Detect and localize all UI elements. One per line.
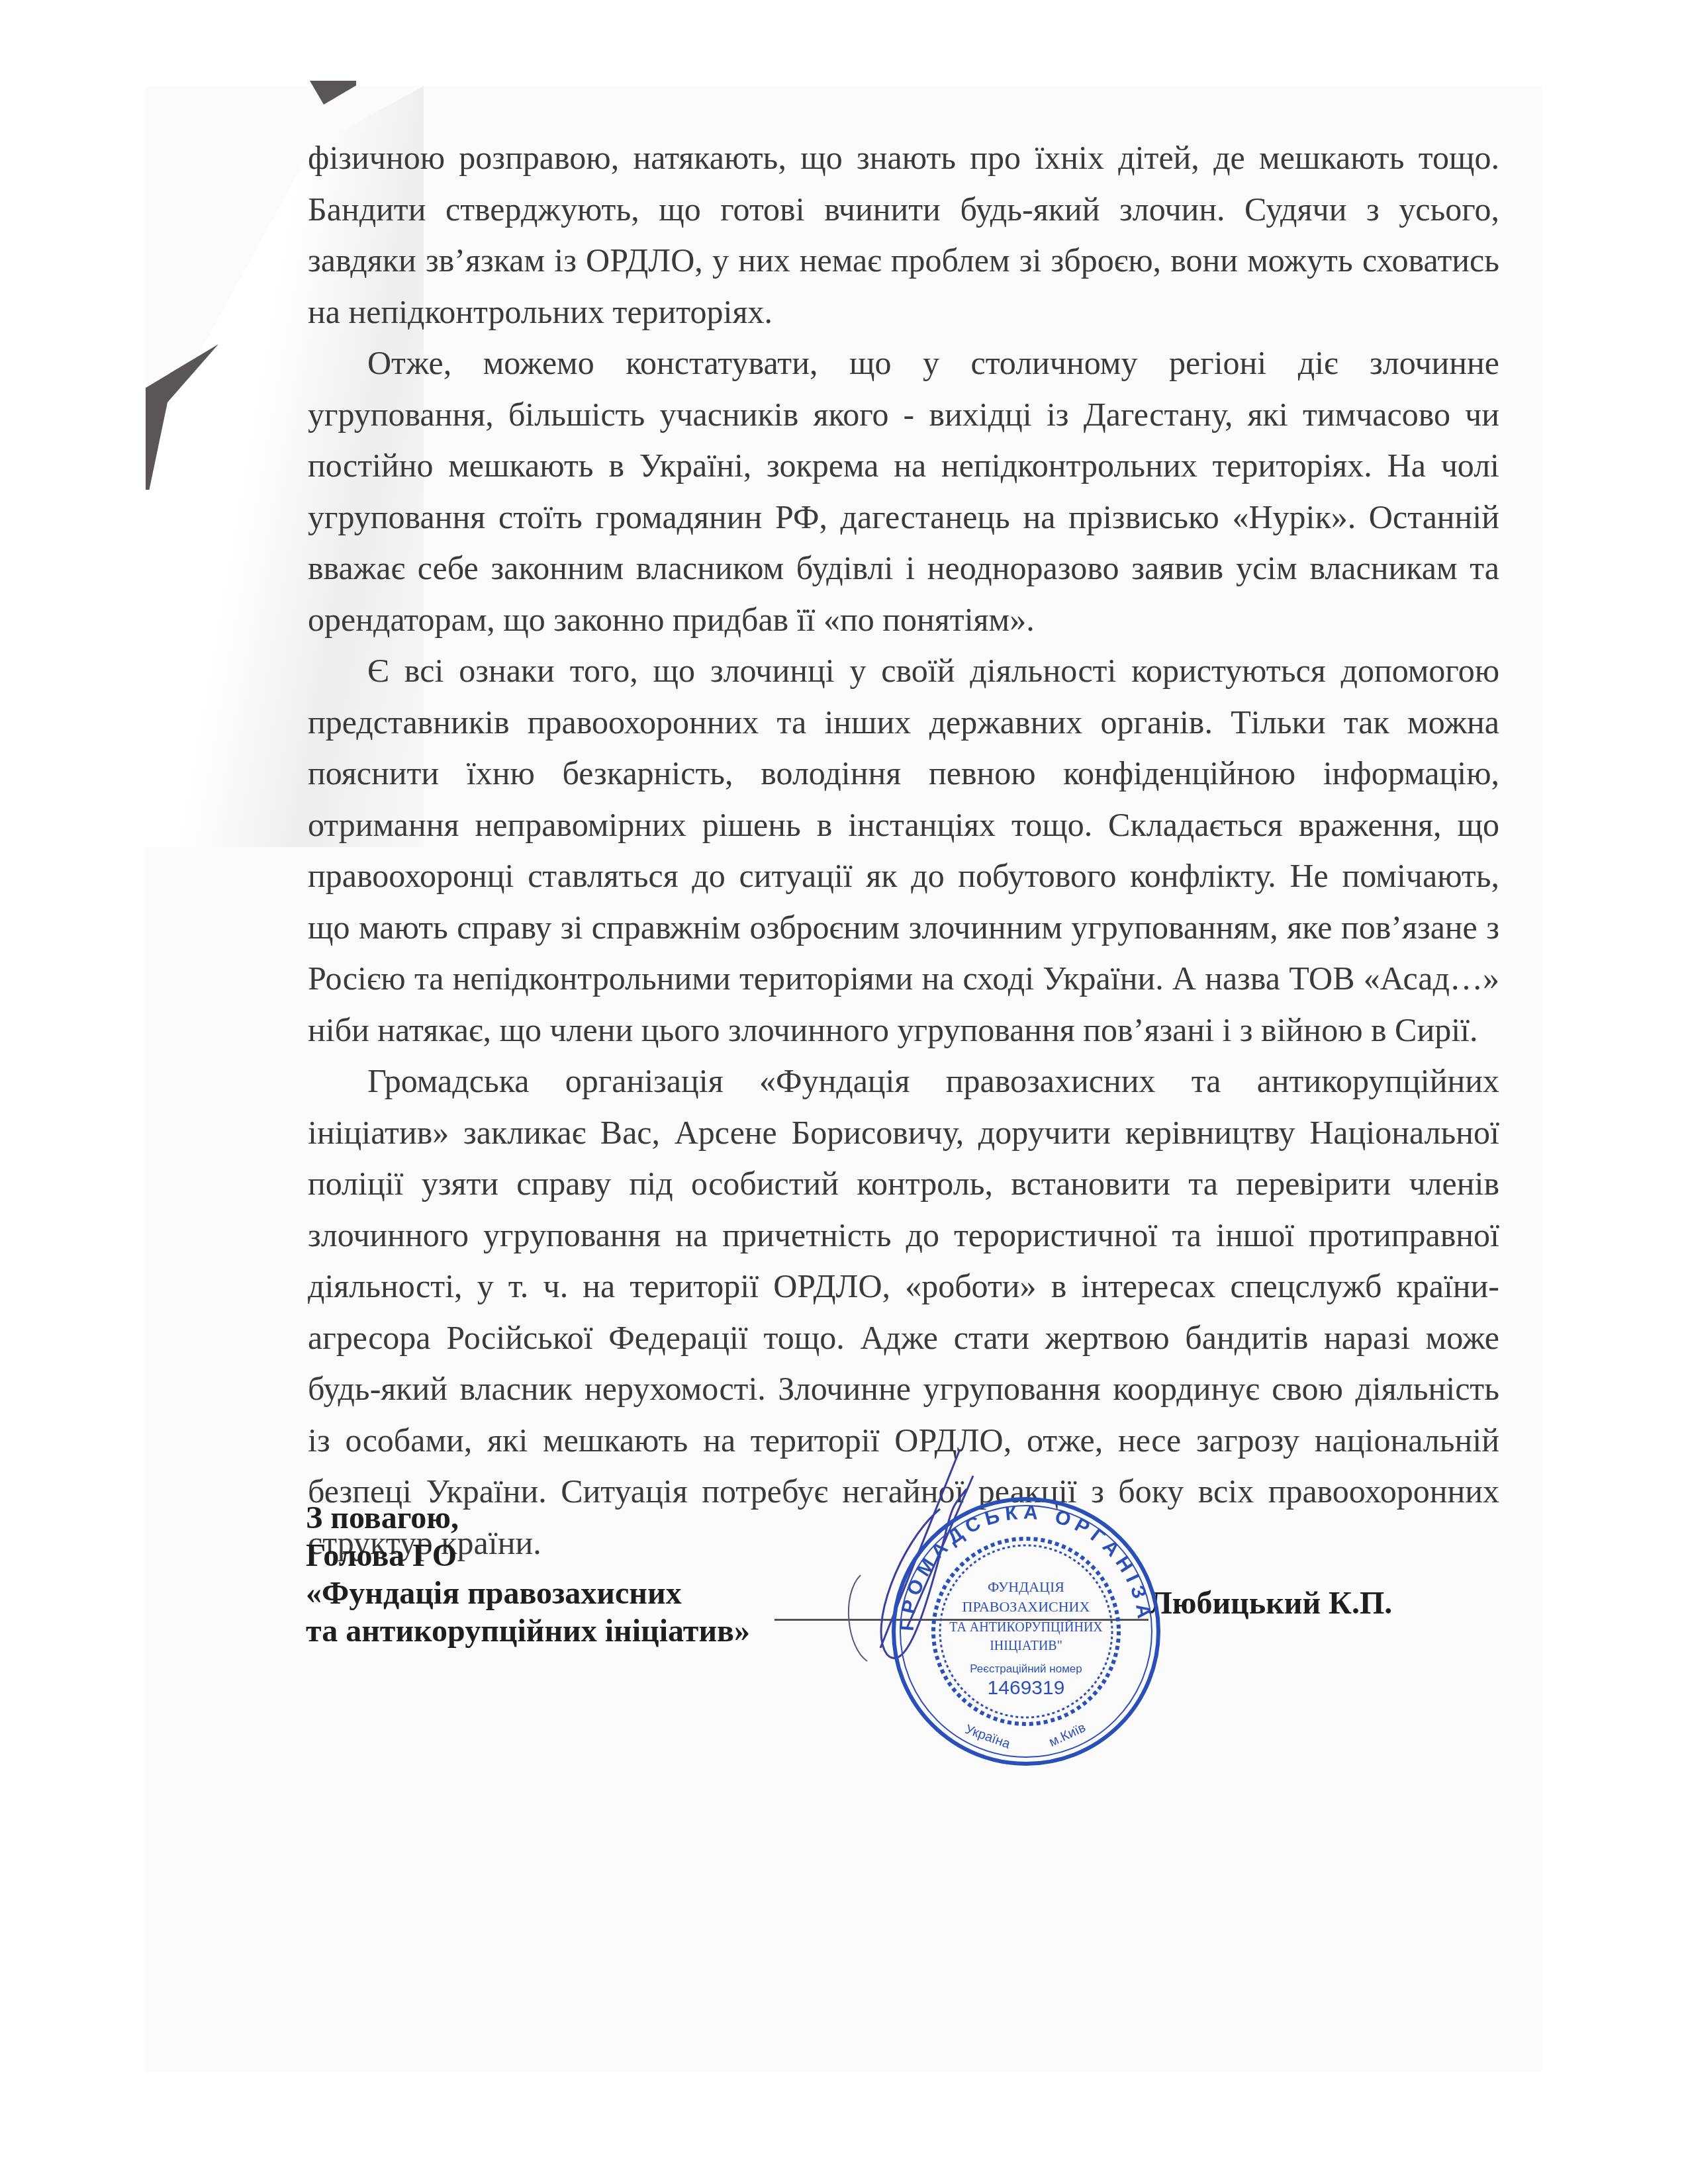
closing-org-line1: «Фундація правозахисних [306,1574,750,1612]
stamp-city: м.Київ [1047,1720,1088,1750]
closing-org-line2: та антикорупційних ініціатив» [306,1612,750,1650]
stamp-country: Україна [963,1722,1013,1752]
stamp-center-line4: ІНІЦІАТИВ" [990,1639,1062,1653]
stamp-reg-label: Реєстраційний номер [970,1662,1082,1675]
stamp-reg-number: 1469319 [988,1677,1065,1699]
organization-stamp: ГРОМАДСЬКА ОРГАНІЗАЦІЯ ФУНДАЦІЯ ПРАВОЗАХ… [887,1492,1165,1770]
stamp-center-line2: ПРАВОЗАХИСНИХ [962,1598,1090,1615]
letter-body: фізичною розправою, натякають, що знають… [308,132,1499,1569]
paragraph-continuation: фізичною розправою, натякають, що знають… [308,132,1499,338]
paragraph-complicity: Є всі ознаки того, що злочинці у своїй д… [308,645,1499,1056]
closing-block: З повагою, Голова ГО «Фундація правозахи… [306,1499,750,1650]
closing-salutation: З повагою, [306,1499,750,1537]
stamp-center-line3: ТА АНТИКОРУПЦІЙНИХ [949,1619,1103,1635]
stamp-center-line1: ФУНДАЦІЯ [988,1578,1064,1595]
paragraph-conclusion: Отже, можемо констатувати, що у столично… [308,338,1499,645]
closing-title: Голова ГО [306,1537,750,1574]
signer-name: Любицький К.П. [1149,1585,1392,1621]
